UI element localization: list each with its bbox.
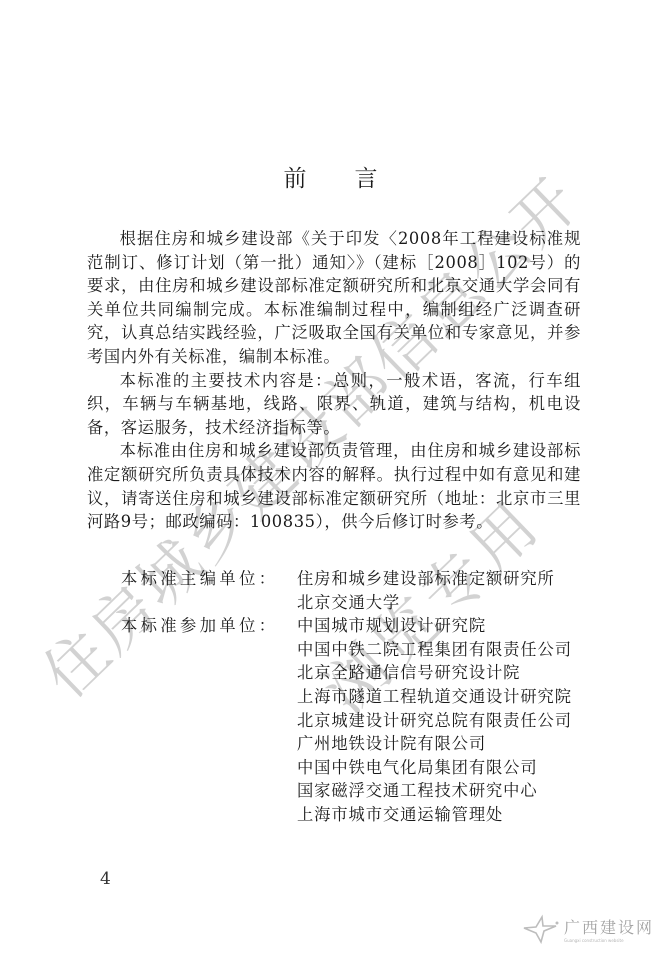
page-title: 前言 <box>0 160 661 193</box>
unit-item: 上海市隧道工程轨道交通设计研究院 <box>297 685 572 709</box>
unit-item: 中国中铁电气化局集团有限公司 <box>297 756 572 780</box>
paragraph-basis: 根据住房和城乡建设部《关于印发〈2008年工程建设标准规范制订、修订计划（第一批… <box>87 227 581 369</box>
unit-item: 住房和城乡建设部标准定额研究所 <box>297 567 555 591</box>
title-char-2: 言 <box>355 160 378 193</box>
logo-name-cn: 广西建设网 <box>564 915 654 938</box>
unit-item: 北京全路通信信号研究设计院 <box>297 661 572 685</box>
participating-units-list: 中国城市规划设计研究院 中国中铁二院工程集团有限责任公司 北京全路通信信号研究设… <box>297 614 572 826</box>
unit-item: 广州地铁设计院有限公司 <box>297 732 572 756</box>
preface-body: 根据住房和城乡建设部《关于印发〈2008年工程建设标准规范制订、修订计划（第一批… <box>87 227 581 534</box>
title-char-1: 前 <box>284 160 307 193</box>
unit-item: 北京交通大学 <box>297 591 555 615</box>
unit-item: 国家磁浮交通工程技术研究中心 <box>297 779 572 803</box>
site-logo: 广西建设网 Guangxi construction website <box>520 914 654 944</box>
star-logo-icon <box>520 914 560 944</box>
participating-units-row: 本标准参加单位： 中国城市规划设计研究院 中国中铁二院工程集团有限责任公司 北京… <box>121 614 572 826</box>
chief-units-label: 本标准主编单位： <box>121 567 297 614</box>
participating-units-label: 本标准参加单位： <box>121 614 297 826</box>
chief-units-list: 住房和城乡建设部标准定额研究所 北京交通大学 <box>297 567 555 614</box>
unit-item: 中国城市规划设计研究院 <box>297 614 572 638</box>
page-number: 4 <box>100 869 111 889</box>
chief-units-row: 本标准主编单位： 住房和城乡建设部标准定额研究所 北京交通大学 <box>121 567 572 614</box>
logo-name-en: Guangxi construction website <box>564 938 654 943</box>
unit-item: 上海市城市交通运输管理处 <box>297 803 572 827</box>
paragraph-management: 本标准由住房和城乡建设部负责管理，由住房和城乡建设部标准定额研究所负责具体技术内… <box>87 439 581 533</box>
paragraph-contents: 本标准的主要技术内容是：总则，一般术语，客流，行车组织，车辆与车辆基地，线路、限… <box>87 369 581 440</box>
units-section: 本标准主编单位： 住房和城乡建设部标准定额研究所 北京交通大学 本标准参加单位：… <box>121 567 572 827</box>
document-page: 住房城乡建设部信息公开 浏览专用 前言 根据住房和城乡建设部《关于印发〈2008… <box>0 0 661 958</box>
unit-item: 中国中铁二院工程集团有限责任公司 <box>297 638 572 662</box>
unit-item: 北京城建设计研究总院有限责任公司 <box>297 709 572 733</box>
